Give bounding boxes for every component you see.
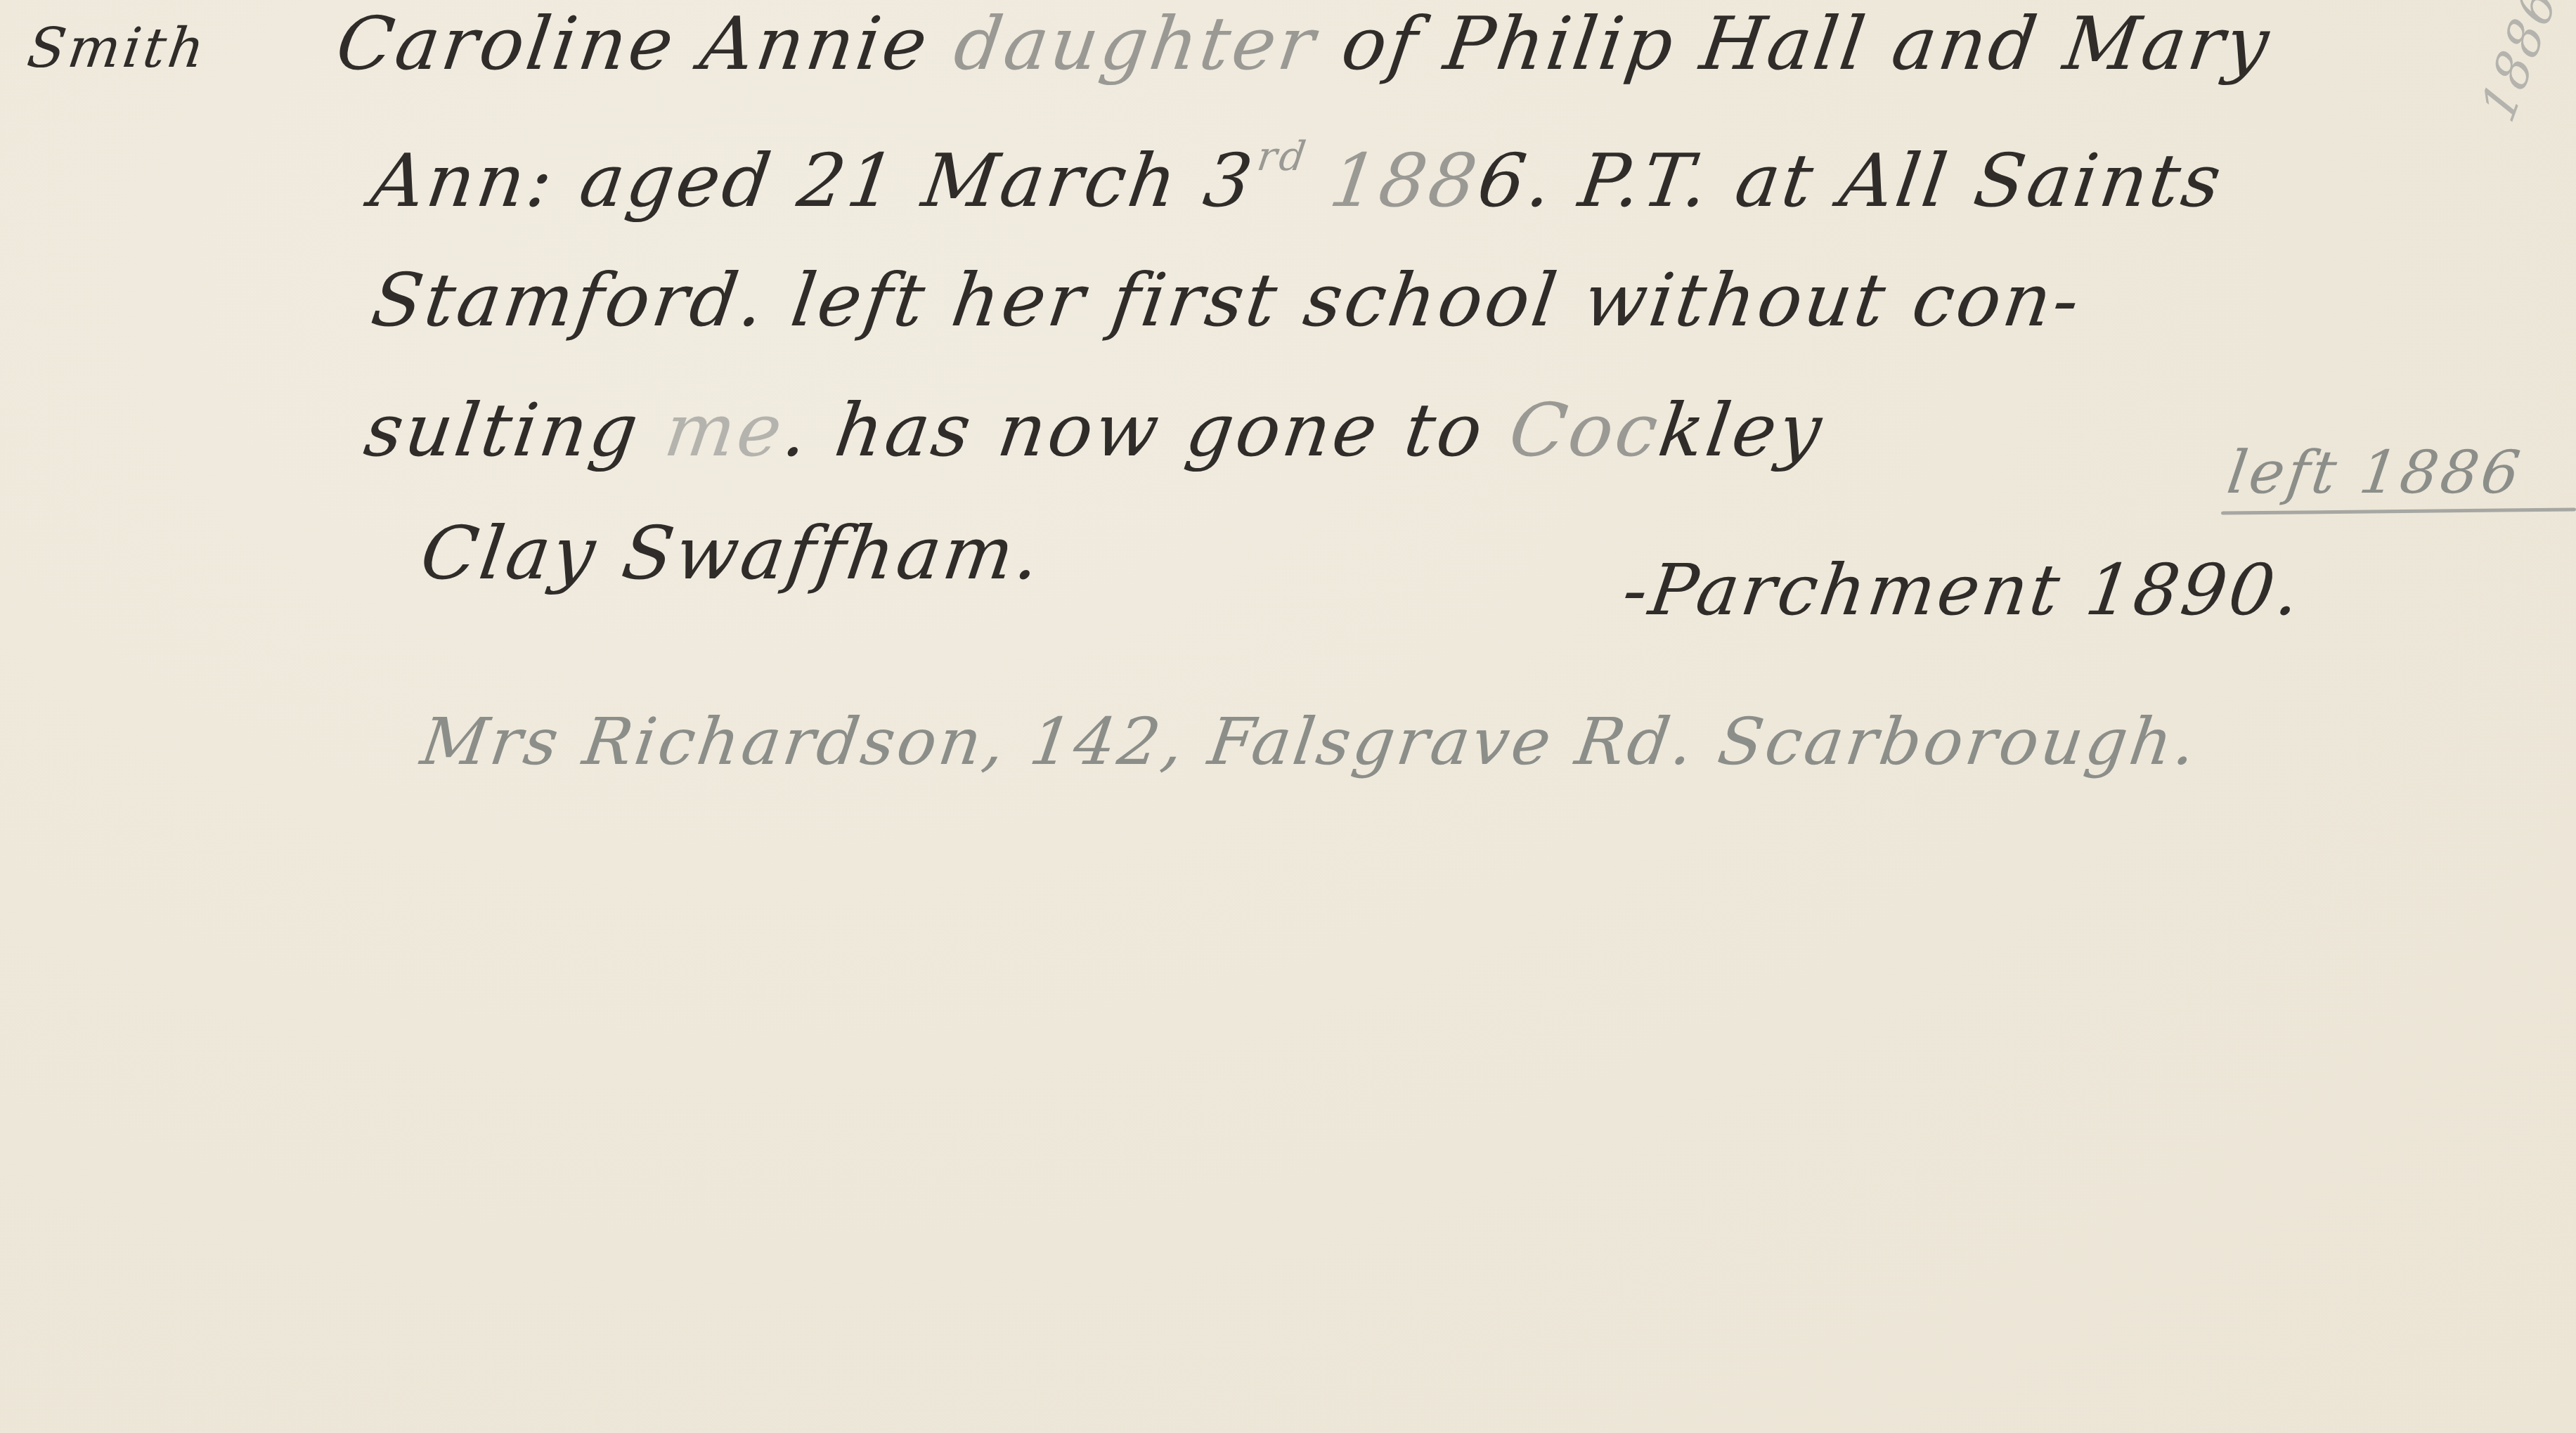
margin-underline [2221,507,2576,514]
margin-left-note: left 1886 [2224,443,2526,502]
entry-line-2: Ann: aged 21 March 3rd 1886. P.T. at All… [367,137,2229,217]
entry-line-3: Stamford. left her first school without … [368,264,2087,337]
entry-line-1: Caroline Annie daughter of Philip Hall a… [332,7,2276,80]
parchment-signoff: -Parchment 1890. [1619,555,2307,625]
consulting-text: sulting [359,387,645,473]
margin-pencil-year: 1886 [2474,0,2565,129]
faint-word-me: me [660,387,790,473]
later-address: Mrs Richardson, 142, Falsgrave Rd. Scarb… [418,710,2203,774]
date-superscript: rd [1254,134,1311,180]
year-faint-digits: 188 [1325,138,1485,223]
pt-location-text: . P.T. at All Saints [1522,138,2229,223]
faint-word-daughter: daughter [949,1,1322,86]
surname: Smith [25,21,211,76]
age-date-text: Ann: aged 21 March 3 [366,138,1260,223]
gone-to-text: . has now gone to [778,387,1491,473]
place-end: kley [1654,387,1830,473]
entry-line-5: Clay Swaffham. [417,517,1047,590]
entry-line-4: sulting me. has now gone to Cockley [361,394,1829,467]
faint-place-start: Coc [1504,387,1666,473]
given-names: Caroline Annie [331,1,935,86]
parents-text: of Philip Hall and Mary [1337,1,2277,86]
